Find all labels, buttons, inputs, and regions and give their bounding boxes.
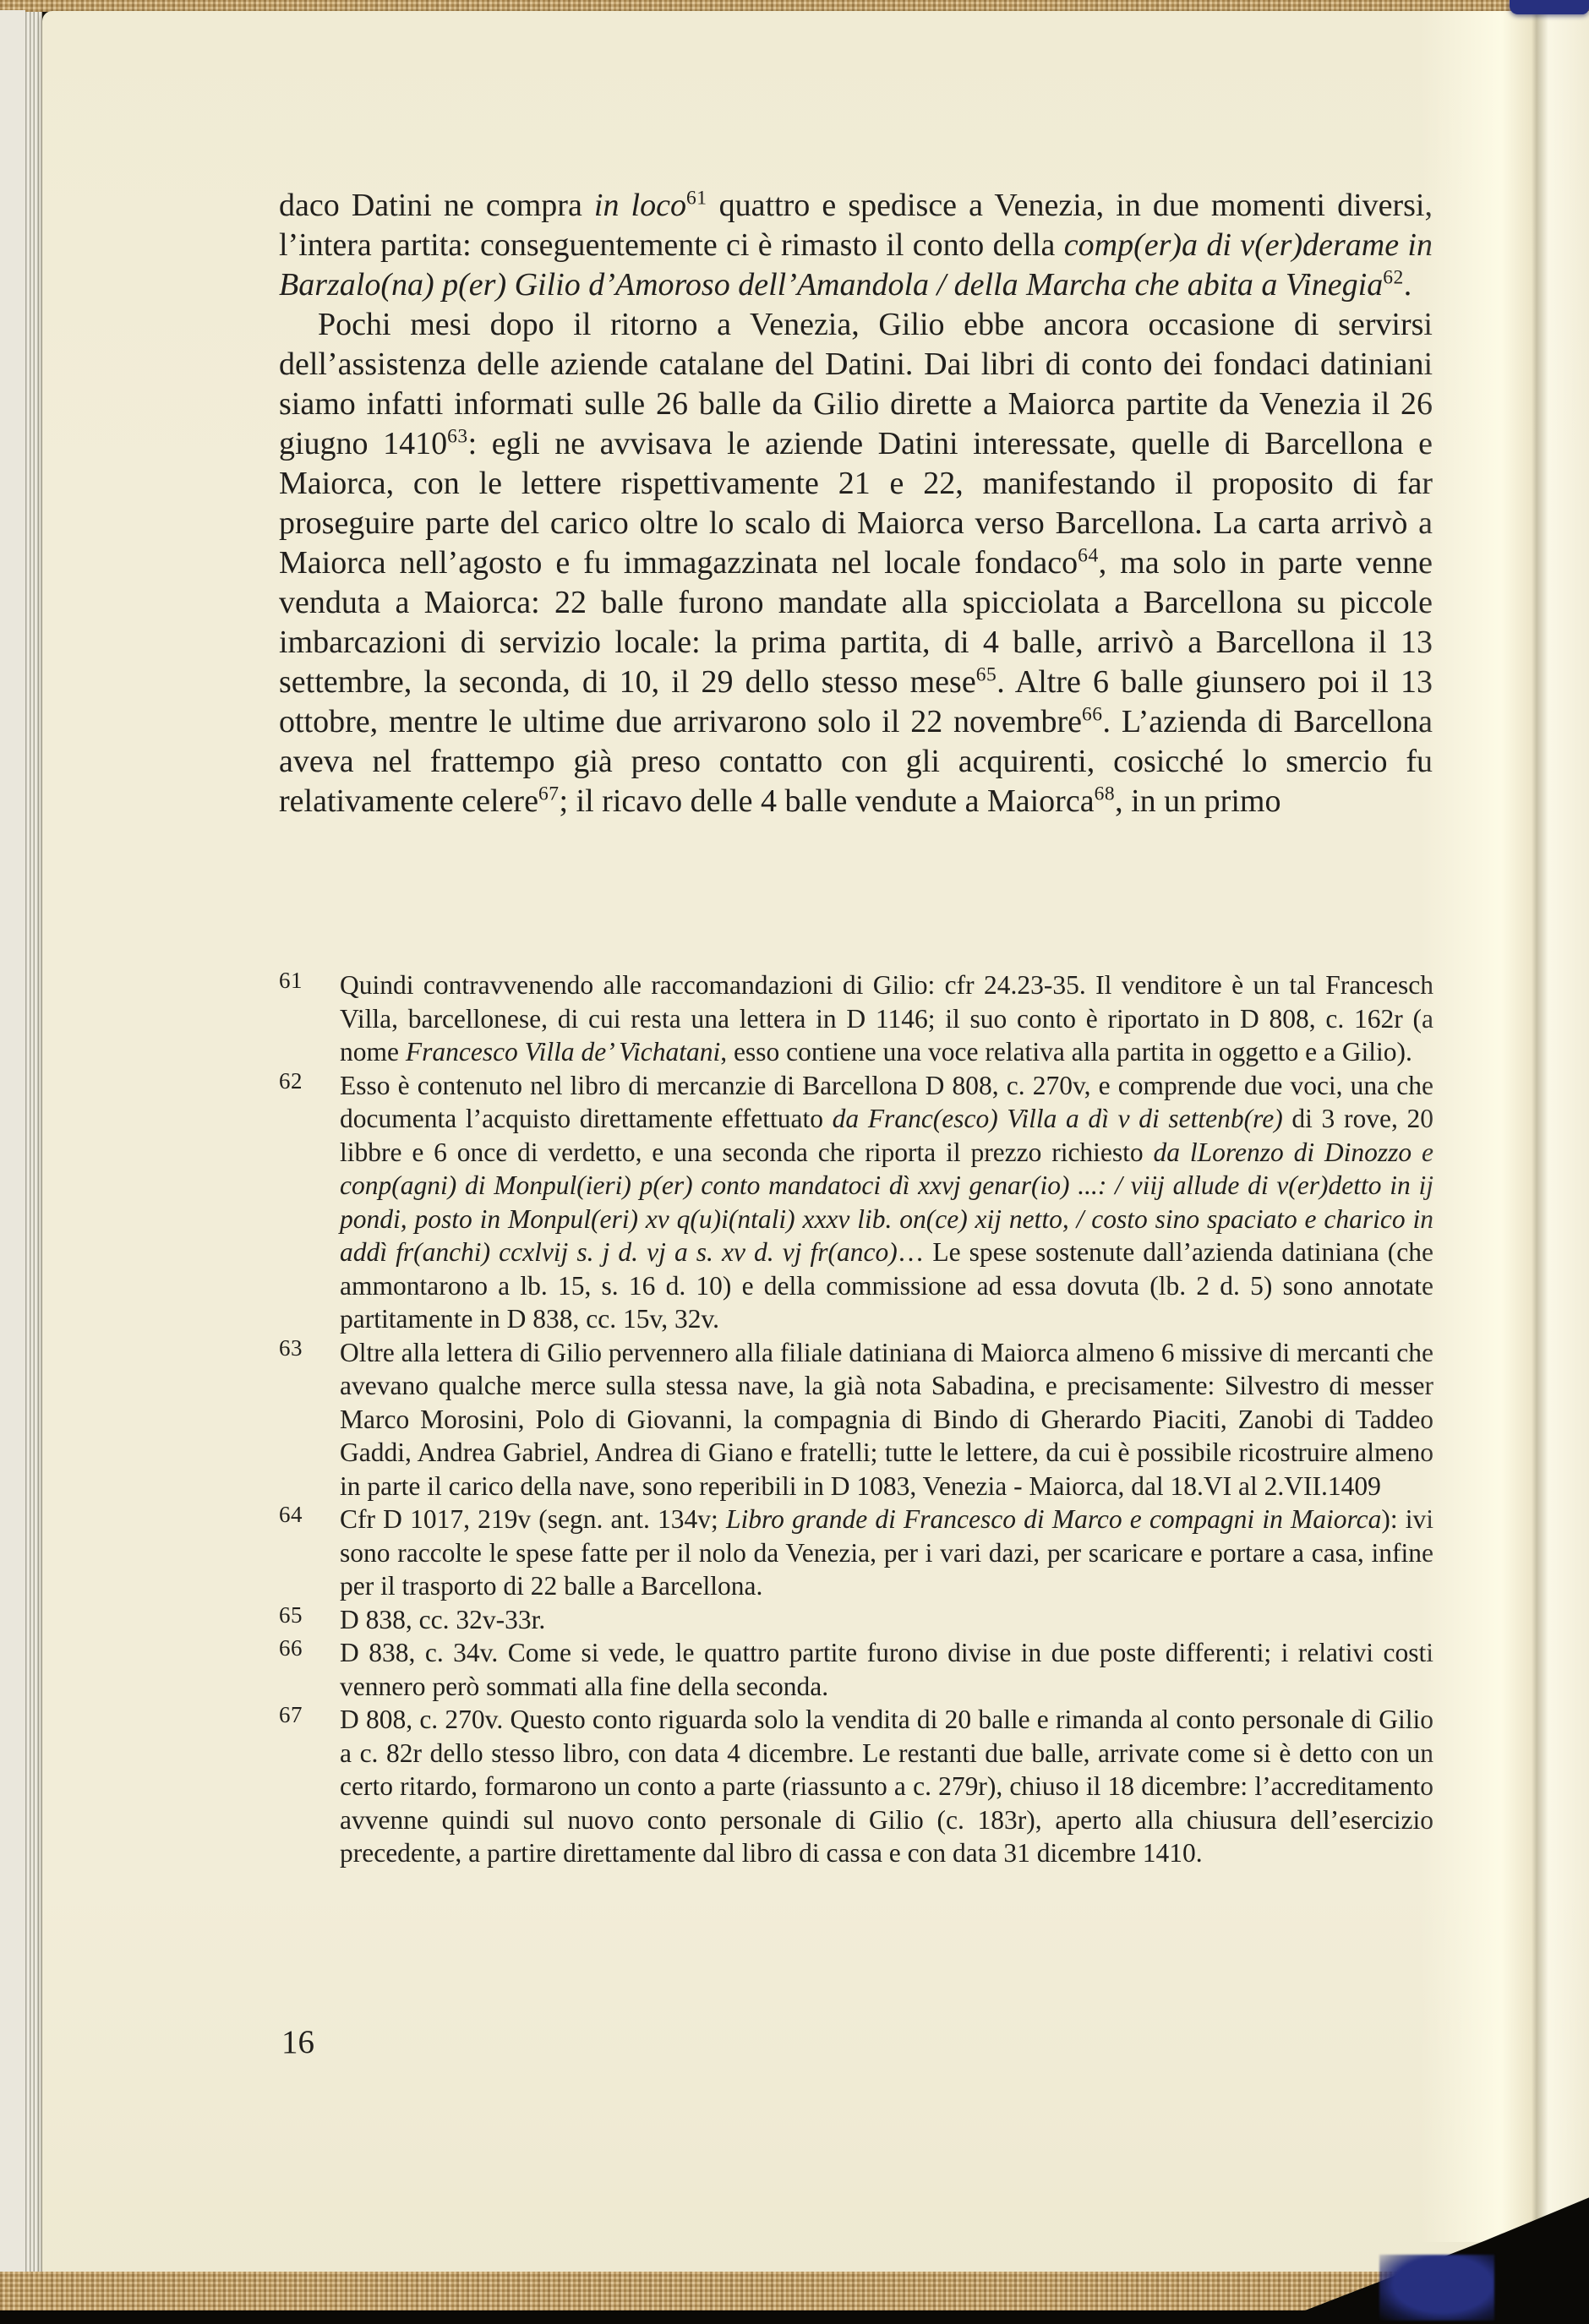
footnote-number: 61 — [279, 964, 340, 998]
footnote-text: Quindi contravvenendo alle raccomandazio… — [340, 968, 1433, 1069]
page-number: 16 — [281, 2023, 314, 2061]
text-run: Libro grande di Francesco di Marco e com… — [726, 1504, 1381, 1534]
page-edge-stack — [0, 10, 25, 2302]
paragraph: Pochi mesi dopo il ritorno a Venezia, Gi… — [279, 305, 1433, 821]
footnote-text: D 838, c. 34v. Come si vede, le quattro … — [340, 1636, 1433, 1703]
footnote-reference: 62 — [1383, 266, 1404, 288]
footnote-text: Esso è contenuto nel libro di mercanzie … — [340, 1069, 1433, 1336]
text-run: . — [1404, 267, 1412, 303]
footnote-reference: 65 — [976, 663, 997, 685]
footnote-number: 63 — [279, 1332, 340, 1366]
footnote-text: Cfr D 1017, 219v (segn. ant. 134v; Libro… — [340, 1503, 1433, 1603]
footnote: 61Quindi contravvenendo alle raccomandaz… — [279, 968, 1433, 1069]
footnote-reference: 61 — [686, 187, 707, 209]
footnote: 63Oltre alla lettera di Gilio pervennero… — [279, 1336, 1433, 1503]
scanner-background-bottom — [0, 2310, 1589, 2324]
page-edge-lines — [25, 12, 42, 2299]
footnote-reference: 64 — [1078, 544, 1099, 566]
text-run: Francesco Villa de’ Vichatani — [406, 1037, 720, 1067]
main-text: daco Datini ne compra in loco61 quattro … — [279, 186, 1433, 821]
text-run: Oltre alla lettera di Gilio pervennero a… — [340, 1338, 1433, 1501]
text-run: in loco — [594, 188, 686, 223]
paragraph: daco Datini ne compra in loco61 quattro … — [279, 186, 1433, 305]
text-run: ; il ricavo delle 4 balle vendute a Maio… — [560, 783, 1095, 819]
footnotes: 61Quindi contravvenendo alle raccomandaz… — [279, 968, 1433, 1870]
text-run: , esso contiene una voce relativa alla p… — [720, 1037, 1412, 1067]
footnote-text: D 838, cc. 32v-33r. — [340, 1603, 1433, 1637]
text-run: daco Datini ne compra — [279, 188, 594, 223]
footnote-reference: 67 — [538, 783, 560, 805]
footnote: 66D 838, c. 34v. Come si vede, le quattr… — [279, 1636, 1433, 1703]
footnote: 67D 808, c. 270v. Questo conto riguarda … — [279, 1703, 1433, 1870]
book-scan: daco Datini ne compra in loco61 quattro … — [0, 0, 1589, 2324]
footnote: 65D 838, cc. 32v-33r. — [279, 1603, 1433, 1637]
text-run: , in un primo — [1115, 783, 1280, 819]
footnote-number: 62 — [279, 1065, 340, 1099]
footnote-number: 66 — [279, 1632, 340, 1666]
footnote-text: D 808, c. 270v. Questo conto riguarda so… — [340, 1703, 1433, 1870]
text-run: Cfr D 1017, 219v (segn. ant. 134v; — [340, 1504, 726, 1534]
text-run: D 838, c. 34v. Come si vede, le quattro … — [340, 1638, 1433, 1701]
footnote-reference: 66 — [1082, 703, 1103, 725]
footnote-number: 67 — [279, 1699, 340, 1732]
footnote: 64Cfr D 1017, 219v (segn. ant. 134v; Lib… — [279, 1503, 1433, 1603]
footnote-reference: 68 — [1095, 783, 1116, 805]
book-cover-corner-top-right — [1510, 0, 1589, 14]
book-cover-tassel-bottom-right — [1379, 2255, 1494, 2321]
book-cloth-top — [0, 0, 1589, 12]
footnote: 62Esso è contenuto nel libro di mercanzi… — [279, 1069, 1433, 1336]
text-run: D 808, c. 270v. Questo conto riguarda so… — [340, 1705, 1433, 1868]
text-run: da Franc(esco) Villa a dì v di settenb(r… — [833, 1104, 1283, 1133]
footnote-reference: 63 — [447, 425, 468, 447]
text-run: D 838, cc. 32v-33r. — [340, 1605, 545, 1634]
footnote-text: Oltre alla lettera di Gilio pervennero a… — [340, 1336, 1433, 1503]
footnote-number: 64 — [279, 1498, 340, 1532]
footnote-number: 65 — [279, 1599, 340, 1633]
